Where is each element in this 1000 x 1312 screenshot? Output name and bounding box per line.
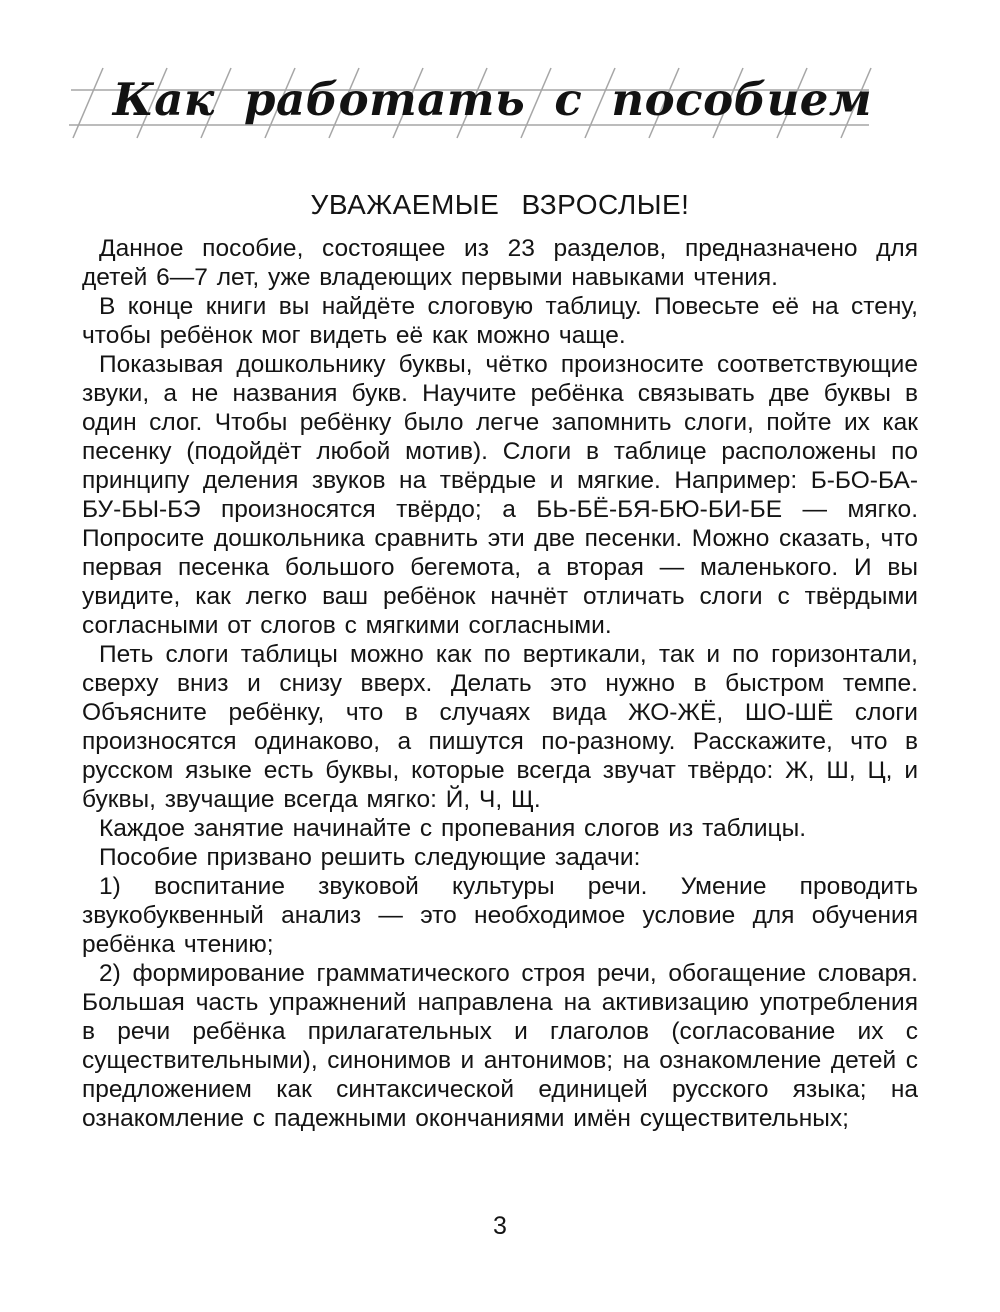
paragraph: Пособие призвано решить следующие задачи… (82, 843, 918, 872)
body-text: Данное пособие, состоящее из 23 разделов… (82, 234, 918, 1133)
paragraph-list-item: 2) формирование грамматического строя ре… (82, 959, 918, 1133)
paragraph: Каждое занятие начинайте с пропевания сл… (82, 814, 918, 843)
paragraph: Данное пособие, состоящее из 23 разделов… (82, 234, 918, 292)
section-heading: УВАЖАЕМЫЕ ВЗРОСЛЫЕ! (82, 189, 918, 221)
paragraph: В конце книги вы найдёте слоговую таблиц… (82, 292, 918, 350)
page-number: 3 (0, 1212, 1000, 1241)
paragraph: Петь слоги таблицы можно как по вертикал… (82, 640, 918, 814)
paragraph: Показывая дошкольнику буквы, чётко произ… (82, 350, 918, 640)
chapter-title: Как работать с пособием (110, 77, 875, 122)
paragraph-list-item: 1) воспитание звуковой культуры речи. Ум… (82, 872, 918, 959)
chapter-title-banner: Как работать с пособием (55, 58, 875, 142)
book-page: Как работать с пособием УВАЖАЕМЫЕ ВЗРОСЛ… (0, 0, 1000, 1312)
